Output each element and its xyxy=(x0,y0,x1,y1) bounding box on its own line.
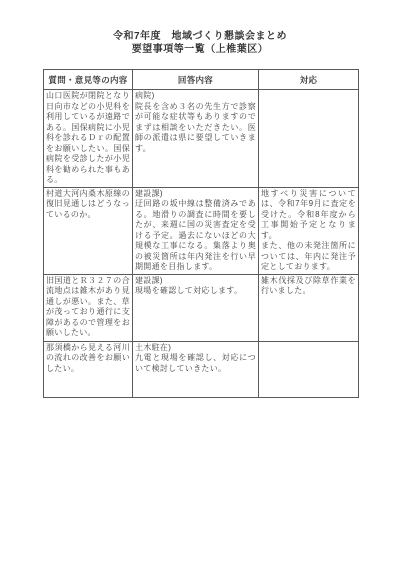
page-title: 令和7年度 地域づくり懇談会まとめ 要望事項等一覧（上椎葉区） xyxy=(0,31,400,56)
response-cell xyxy=(259,341,359,397)
answer-cell: 建設課) 現場を確認して対応します。 xyxy=(133,274,259,341)
response-cell xyxy=(259,90,359,188)
question-cell: 村道大河内桑木原線の復旧見通しはどうなっているのか。 xyxy=(44,187,133,274)
question-cell: 那須橋から見える河川の流れの改善をお願いしたい。 xyxy=(44,341,133,397)
response-cell: 雑木伐採及び除草作業を行いました。 xyxy=(259,274,359,341)
column-header-question: 質問・意見等の内容 xyxy=(44,70,133,90)
column-header-response: 対応 xyxy=(259,70,359,90)
question-cell: 旧国道とＲ３２７の合流地点は雑木があり見通しが悪い。また、草が茂っており通行に支… xyxy=(44,274,133,341)
table-row: 那須橋から見える河川の流れの改善をお願いしたい。 土木駐在) 九電と現場を確認し… xyxy=(44,341,359,397)
page-title-line-1: 令和7年度 地域づくり懇談会まとめ xyxy=(0,31,400,44)
response-cell: 地すべり災害については、令和7年9月に査定を受けた。令和8年度から工事開始予定と… xyxy=(259,187,359,274)
question-cell: 山口医院が閉院となり日向市などの小児科を利用しているが遠路である。国保病院に小児… xyxy=(44,90,133,188)
answer-cell: 土木駐在) 九電と現場を確認し、対応について検討していきたい。 xyxy=(133,341,259,397)
requests-summary-table: 質問・意見等の内容 回答内容 対応 山口医院が閉院となり日向市などの小児科を利用… xyxy=(43,69,359,398)
answer-cell: 病院) 院長を含め３名の先生方で診察が可能な症状等もありますのでまずは相談をいた… xyxy=(133,90,259,188)
table-row: 村道大河内桑木原線の復旧見通しはどうなっているのか。 建設課) 迂回路の坂中線は… xyxy=(44,187,359,274)
answer-cell: 建設課) 迂回路の坂中線は整備済みである。地滑りの調査に時間を要したが、来週に国… xyxy=(133,187,259,274)
table-header-row: 質問・意見等の内容 回答内容 対応 xyxy=(44,70,359,90)
page-title-line-2: 要望事項等一覧（上椎葉区） xyxy=(0,44,400,57)
column-header-answer: 回答内容 xyxy=(133,70,259,90)
table-row: 旧国道とＲ３２７の合流地点は雑木があり見通しが悪い。また、草が茂っており通行に支… xyxy=(44,274,359,341)
table-row: 山口医院が閉院となり日向市などの小児科を利用しているが遠路である。国保病院に小児… xyxy=(44,90,359,188)
